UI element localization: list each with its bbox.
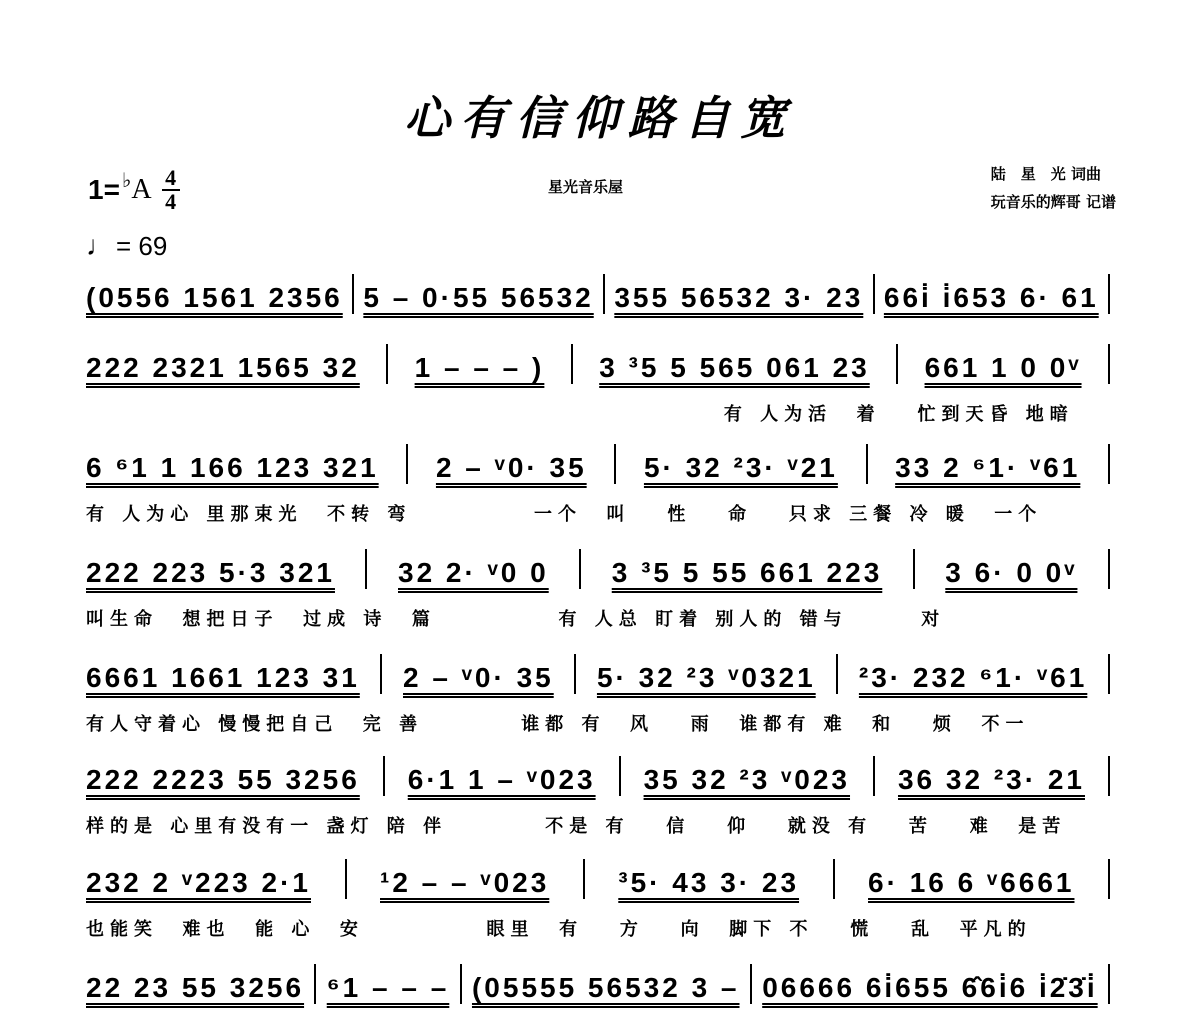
measure: 5· 32 ²3· ᵛ21 bbox=[644, 452, 838, 484]
lyrics-line: 有 人为活 着 忙到天昏 地暗 bbox=[86, 400, 1118, 426]
barline bbox=[873, 756, 875, 796]
lyrics-line: 样的是 心里有没有一 盏灯 陪 伴 不是 有 信 仰 就没 有 苦 难 是苦 bbox=[86, 812, 1118, 838]
lyrics-line: 有人守着心 慢慢把自己 完 善 谁都 有 风 雨 谁都有 难 和 烦 不一 bbox=[86, 710, 1118, 736]
measure: 3 ³5 5 565 061 23 bbox=[599, 352, 870, 384]
score-line: 6661 1661 123 312 – ᵛ0· 355· 32 ²3 ᵛ0321… bbox=[86, 650, 1118, 736]
score-line: 222 2223 55 32566·1 1 – ᵛ02335 32 ²3 ᵛ02… bbox=[86, 752, 1118, 838]
measure: 355 56532 3· 23 bbox=[614, 282, 863, 314]
barline bbox=[583, 859, 585, 899]
lyrics-line: 叫生命 想把日子 过成 诗 篇 有 人总 盯着 别人的 错与 对 bbox=[86, 605, 1118, 631]
tempo-marking: ♩ = 69 bbox=[86, 230, 167, 262]
notation-line: 232 2 ᵛ223 2·1¹2 – – ᵛ023³5· 43 3· 236· … bbox=[86, 855, 1118, 899]
song-title: 心有信仰路自宽 bbox=[0, 82, 1200, 148]
barline bbox=[1108, 654, 1110, 694]
measure: 222 2223 55 3256 bbox=[86, 764, 360, 796]
measure: 32 2· ᵛ0 0 bbox=[398, 557, 549, 589]
quarter-note-icon: ♩ bbox=[86, 230, 114, 262]
measure: 2 – ᵛ0· 35 bbox=[436, 452, 587, 484]
measure: ²3· 232 ⁶1· ᵛ61 bbox=[859, 662, 1087, 694]
key-prefix: 1= bbox=[88, 174, 120, 206]
score-line: 6 ⁶1 1 166 123 3212 – ᵛ0· 355· 32 ²3· ᵛ2… bbox=[86, 440, 1118, 526]
measure: 232 2 ᵛ223 2·1 bbox=[86, 867, 311, 899]
barline bbox=[1108, 344, 1110, 384]
measure: 5· 32 ²3 ᵛ0321 bbox=[597, 662, 816, 694]
notation-line: 22 23 55 3256⁶1 – – –(05555 56532 3 –066… bbox=[86, 960, 1118, 1004]
barline bbox=[571, 344, 573, 384]
barline bbox=[750, 964, 752, 1004]
barline bbox=[603, 274, 605, 314]
measure: (0556 1561 2356 bbox=[86, 282, 343, 314]
notation-line: 222 2321 1565 321 – – – )3 ³5 5 565 061 … bbox=[86, 340, 1118, 384]
barline bbox=[314, 964, 316, 1004]
measure: 6 ⁶1 1 166 123 321 bbox=[86, 452, 379, 484]
barline bbox=[386, 344, 388, 384]
barline bbox=[380, 654, 382, 694]
notation-line: 222 223 5·3 32132 2· ᵛ0 03 ³5 5 55 661 2… bbox=[86, 545, 1118, 589]
measure: 6·1 1 – ᵛ023 bbox=[408, 764, 596, 796]
flat-icon: ♭ bbox=[122, 168, 131, 193]
credit-transcriber: 玩音乐的辉哥 记谱 bbox=[991, 188, 1116, 216]
score-line: 222 223 5·3 32132 2· ᵛ0 03 ³5 5 55 661 2… bbox=[86, 545, 1118, 631]
measure: 661 1 0 0ᵛ bbox=[925, 352, 1082, 384]
score-line: (0556 1561 23565 – 0·55 56532355 56532 3… bbox=[86, 270, 1118, 314]
measure: 35 32 ²3 ᵛ023 bbox=[644, 764, 850, 796]
barline bbox=[873, 274, 875, 314]
score-line: 22 23 55 3256⁶1 – – –(05555 56532 3 –066… bbox=[86, 960, 1118, 1004]
notation-line: 6 ⁶1 1 166 123 3212 – ᵛ0· 355· 32 ²3· ᵛ2… bbox=[86, 440, 1118, 484]
barline bbox=[383, 756, 385, 796]
measure: ¹2 – – ᵛ023 bbox=[380, 867, 549, 899]
measure: (05555 56532 3 – bbox=[472, 972, 740, 1004]
measure: 6· 16 6 ᵛ6661 bbox=[868, 867, 1074, 899]
barline bbox=[1108, 549, 1110, 589]
barline bbox=[614, 444, 616, 484]
barline bbox=[913, 549, 915, 589]
barline bbox=[833, 859, 835, 899]
measure: 222 2321 1565 32 bbox=[86, 352, 360, 384]
measure: 06666 6i̇655 6̂6i̇6 i̇2̇3̇i̇ bbox=[762, 972, 1097, 1004]
barline bbox=[574, 654, 576, 694]
measure: 222 223 5·3 321 bbox=[86, 557, 335, 589]
barline bbox=[836, 654, 838, 694]
score-line: 222 2321 1565 321 – – – )3 ³5 5 565 061 … bbox=[86, 340, 1118, 426]
barline bbox=[365, 549, 367, 589]
time-signature: 4 4 bbox=[162, 168, 180, 212]
measure: 3 ³5 5 55 661 223 bbox=[612, 557, 883, 589]
measure: 5 – 0·55 56532 bbox=[363, 282, 593, 314]
credit-lyrics-music: 陆 星 光 词曲 bbox=[991, 160, 1116, 188]
lyrics-line: 也能笑 难也 能 心 安 眼里 有 方 向 脚下 不 慌 乱 平凡的 bbox=[86, 915, 1118, 941]
time-sig-bottom: 4 bbox=[165, 192, 176, 212]
barline bbox=[1108, 964, 1110, 1004]
barline bbox=[866, 444, 868, 484]
score-line: 232 2 ᵛ223 2·1¹2 – – ᵛ023³5· 43 3· 236· … bbox=[86, 855, 1118, 941]
barline bbox=[619, 756, 621, 796]
barline bbox=[896, 344, 898, 384]
measure: ³5· 43 3· 23 bbox=[618, 867, 799, 899]
barline bbox=[460, 964, 462, 1004]
measure: 66i̇ i̇653 6· 61 bbox=[884, 282, 1099, 314]
barline bbox=[579, 549, 581, 589]
measure: 2 – ᵛ0· 35 bbox=[403, 662, 554, 694]
notation-line: 222 2223 55 32566·1 1 – ᵛ02335 32 ²3 ᵛ02… bbox=[86, 752, 1118, 796]
measure: ⁶1 – – – bbox=[327, 972, 450, 1004]
key-signature: 1= ♭ A 4 4 bbox=[88, 168, 180, 212]
barline bbox=[352, 274, 354, 314]
barline bbox=[1108, 859, 1110, 899]
lyrics-line: 有 人为心 里那束光 不转 弯 一个 叫 性 命 只求 三餐 冷 暖 一个 bbox=[86, 500, 1118, 526]
time-sig-top: 4 bbox=[165, 168, 176, 188]
notation-line: 6661 1661 123 312 – ᵛ0· 355· 32 ²3 ᵛ0321… bbox=[86, 650, 1118, 694]
barline bbox=[1108, 756, 1110, 796]
credits: 陆 星 光 词曲 玩音乐的辉哥 记谱 bbox=[991, 160, 1116, 216]
notation-line: (0556 1561 23565 – 0·55 56532355 56532 3… bbox=[86, 270, 1118, 314]
measure: 1 – – – ) bbox=[415, 352, 545, 384]
measure: 6661 1661 123 31 bbox=[86, 662, 360, 694]
publisher: 星光音乐屋 bbox=[548, 176, 623, 197]
barline bbox=[1108, 274, 1110, 314]
measure: 36 32 ²3· 21 bbox=[898, 764, 1085, 796]
measure: 33 2 ⁶1· ᵛ61 bbox=[895, 452, 1080, 484]
tempo-value: = 69 bbox=[116, 231, 167, 262]
barline bbox=[1108, 444, 1110, 484]
measure: 3 6· 0 0ᵛ bbox=[945, 557, 1077, 589]
measure: 22 23 55 3256 bbox=[86, 972, 304, 1004]
barline bbox=[406, 444, 408, 484]
barline bbox=[345, 859, 347, 899]
key-note: A bbox=[131, 174, 151, 206]
